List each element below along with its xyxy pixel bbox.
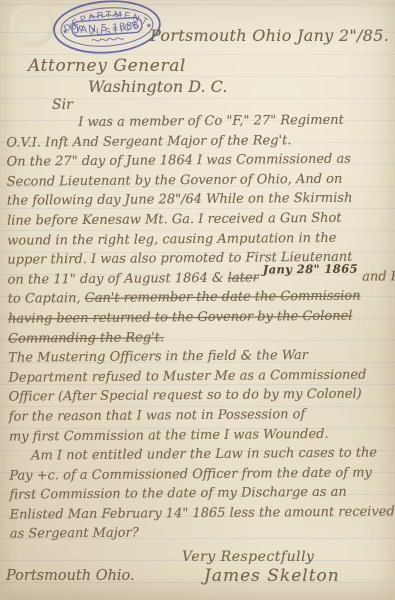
struck-text: Can't remember the date the Commission (85, 289, 361, 306)
embossed-seal (10, 4, 54, 46)
stamp-flourish-bottom (92, 37, 124, 41)
line-text: line before Kenesaw Mt. Ga. I received a… (7, 211, 342, 229)
dateline: Portsmouth Ohio Jany 2"/85. (150, 26, 389, 45)
struck-text: having been returned to the Govenor by t… (8, 309, 353, 327)
struck-text: later (228, 270, 259, 285)
place-line: Portsmouth Ohio. (6, 568, 135, 584)
line-text: for the reason that I was not in Possess… (9, 407, 306, 425)
struck-text: Commanding the Reg't. (8, 330, 164, 346)
stamp-star-left: ★ (62, 27, 69, 35)
recipient-city: Washington D. C. (88, 77, 227, 96)
line-text: and Promoted (358, 269, 395, 285)
letter-line: as Sergeant Major? (10, 522, 393, 545)
line-text: Enlisted Man February 14" 1865 less the … (10, 504, 395, 522)
line-text: I was a member of Co "F," 27" Regiment (78, 113, 344, 130)
line-text: to Captain, (8, 291, 85, 307)
department-of-justice-stamp: DEPARTMENT OF JUSTICE. JAN 5 1885 ★ ★ (48, 0, 166, 61)
line-text: O.V.I. Inft And Sergeant Major of the Re… (6, 133, 291, 150)
letter-line: Enlisted Man February 14" 1865 less the … (10, 502, 393, 525)
line-text: Am I not entitled under the Law in such … (31, 446, 377, 464)
letter-line: Officer (After Special request so to do … (9, 385, 392, 408)
line-text: Officer (After Special request so to do … (9, 387, 362, 405)
line-text: Second Lieutenant by the Govenor of Ohio… (7, 172, 343, 190)
line-text: first Commission to the date of my Disch… (9, 485, 346, 503)
letter-line: I was a member of Co "F," 27" Regiment (6, 110, 389, 133)
line-text: The Mustering Officers in the field & th… (8, 348, 308, 366)
letter-body: I was a member of Co "F," 27" RegimentO.… (6, 110, 393, 544)
line-text: my first Commission at the time I was Wo… (9, 426, 329, 444)
closing: Very Respectfully (182, 549, 314, 565)
salutation: Sir (52, 97, 73, 113)
line-text: On the 27" day of June 1864 I was Commis… (6, 152, 350, 170)
letter-line: line before Kenesaw Mt. Ga. I received a… (7, 208, 390, 231)
recipient: Attorney General (28, 56, 186, 76)
line-text: wound in the right leg, causing Amputati… (7, 230, 336, 248)
line-text: as Sergeant Major? (10, 526, 139, 542)
letter-line: having been returned to the Govenor by t… (8, 306, 391, 329)
line-text: the following day June 28"/64 While on t… (7, 191, 353, 209)
line-text: on the 11" day of August 1864 & (8, 271, 228, 288)
inserted-text: Jany 28" 1865 (263, 261, 358, 276)
signature: James Skelton (204, 566, 340, 586)
line-text: Department refused to Muster Me as a Com… (8, 367, 366, 385)
letter-page: DEPARTMENT OF JUSTICE. JAN 5 1885 ★ ★ Po… (0, 0, 395, 600)
line-text: Pay +c. of a Commissioned Officer from t… (9, 465, 372, 483)
